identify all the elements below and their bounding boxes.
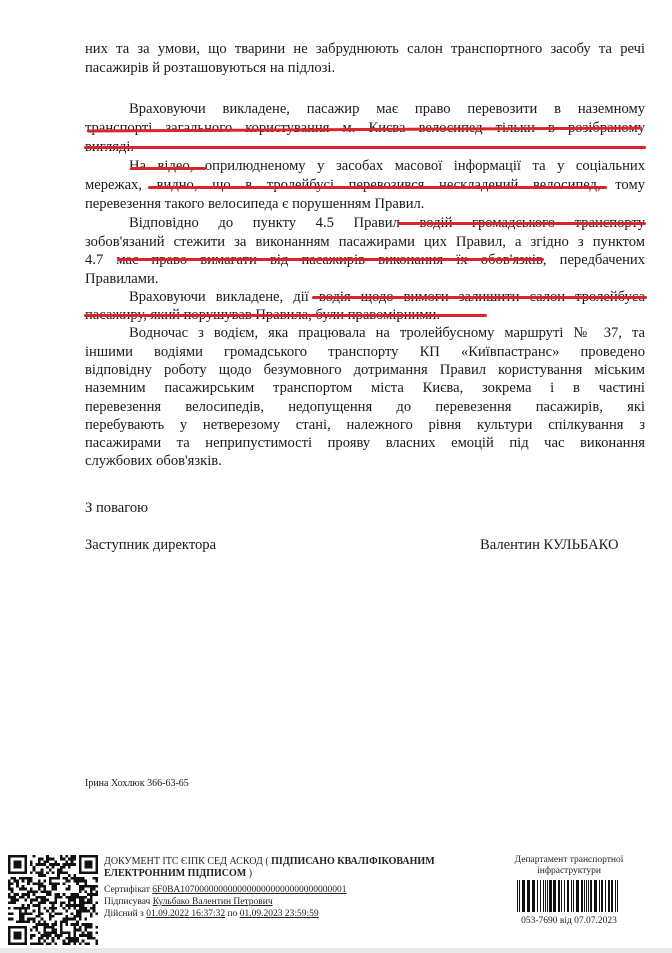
- body-text-line: службових обов'язків.: [85, 452, 645, 470]
- validity-line: Дійсний з 01.09.2022 16:37:32 по 01.09.2…: [104, 909, 319, 919]
- body-text-line: Водночас з водієм, яка працювала на трол…: [85, 324, 645, 342]
- signer-name: Валентин КУЛЬБАКО: [480, 537, 619, 554]
- body-text-line: наземним пасажирським транспортом міста …: [85, 379, 645, 397]
- stamp-header-line1: ДОКУМЕНТ ІТС ЄІПК СЕД АСКОД ( ПІДПИСАНО …: [104, 856, 435, 867]
- certificate-line: Сертифікат 6F0BA107000000000000000000000…: [104, 885, 347, 895]
- certificate-value: 6F0BA10700000000000000000000000000000001: [152, 885, 346, 895]
- highlight-underline: [84, 146, 646, 149]
- body-text-line: мережах, видно, що в тролейбусі перевози…: [85, 176, 645, 194]
- body-text-line: них та за умови, що тварини не забруднюю…: [85, 40, 645, 58]
- closing-phrase: З повагою: [85, 500, 148, 517]
- page-bottom-edge: [0, 948, 672, 953]
- body-text-line: відповідну роботу щодо безумовного дотри…: [85, 361, 645, 379]
- body-text-line: пасажирів й розташовуються на підлозі.: [85, 59, 645, 77]
- body-text-line: перебувають у нетверезому стані, належно…: [85, 416, 645, 434]
- highlight-underline: [84, 314, 487, 317]
- stamp-header-line2: ЕЛЕКТРОННИМ ПІДПИСОМ ): [104, 868, 252, 879]
- department-line2: інфраструктури: [505, 866, 633, 876]
- valid-from: 01.09.2022 16:37:32: [146, 909, 225, 919]
- highlight-underline: [117, 258, 544, 261]
- letter-page: них та за умови, що тварини не забруднюю…: [0, 0, 672, 953]
- qr-code-icon: [8, 855, 98, 945]
- highlight-underline: [312, 296, 647, 299]
- barcode-icon: [515, 880, 623, 912]
- highlight-underline: [148, 186, 607, 189]
- valid-to: 01.09.2023 23:59:59: [240, 909, 319, 919]
- signer-line: Підписувач Кульбако Валентин Петрович: [104, 897, 273, 907]
- signer-title: Заступник директора: [85, 537, 216, 554]
- body-text-line: перевезення велосипедів, недопущення до …: [85, 398, 645, 416]
- signer-value: Кульбако Валентин Петрович: [153, 897, 273, 907]
- body-text-line: зобов'язаний стежити за виконанням пасаж…: [85, 233, 645, 251]
- body-text-line: Правилами.: [85, 270, 645, 288]
- department-line1: Департамент транспортної: [505, 855, 633, 865]
- highlight-underline: [130, 167, 206, 170]
- body-text-line: Враховуючи викладене, пасажир має право …: [85, 100, 645, 118]
- body-text-line: іншими водіями громадського транспорту К…: [85, 343, 645, 361]
- body-text-line: пасажирами та неприпустимості прояву вла…: [85, 434, 645, 452]
- executor-contact: Ірина Хохлюк 366-63-65: [85, 778, 189, 789]
- body-text-line: перевезення такого велосипеда є порушенн…: [85, 195, 645, 213]
- body-text-line: На відео, оприлюдненому у засобах масово…: [85, 157, 645, 175]
- highlight-underline: [398, 222, 646, 225]
- registration-number: 053-7690 від 07.07.2023: [505, 916, 633, 926]
